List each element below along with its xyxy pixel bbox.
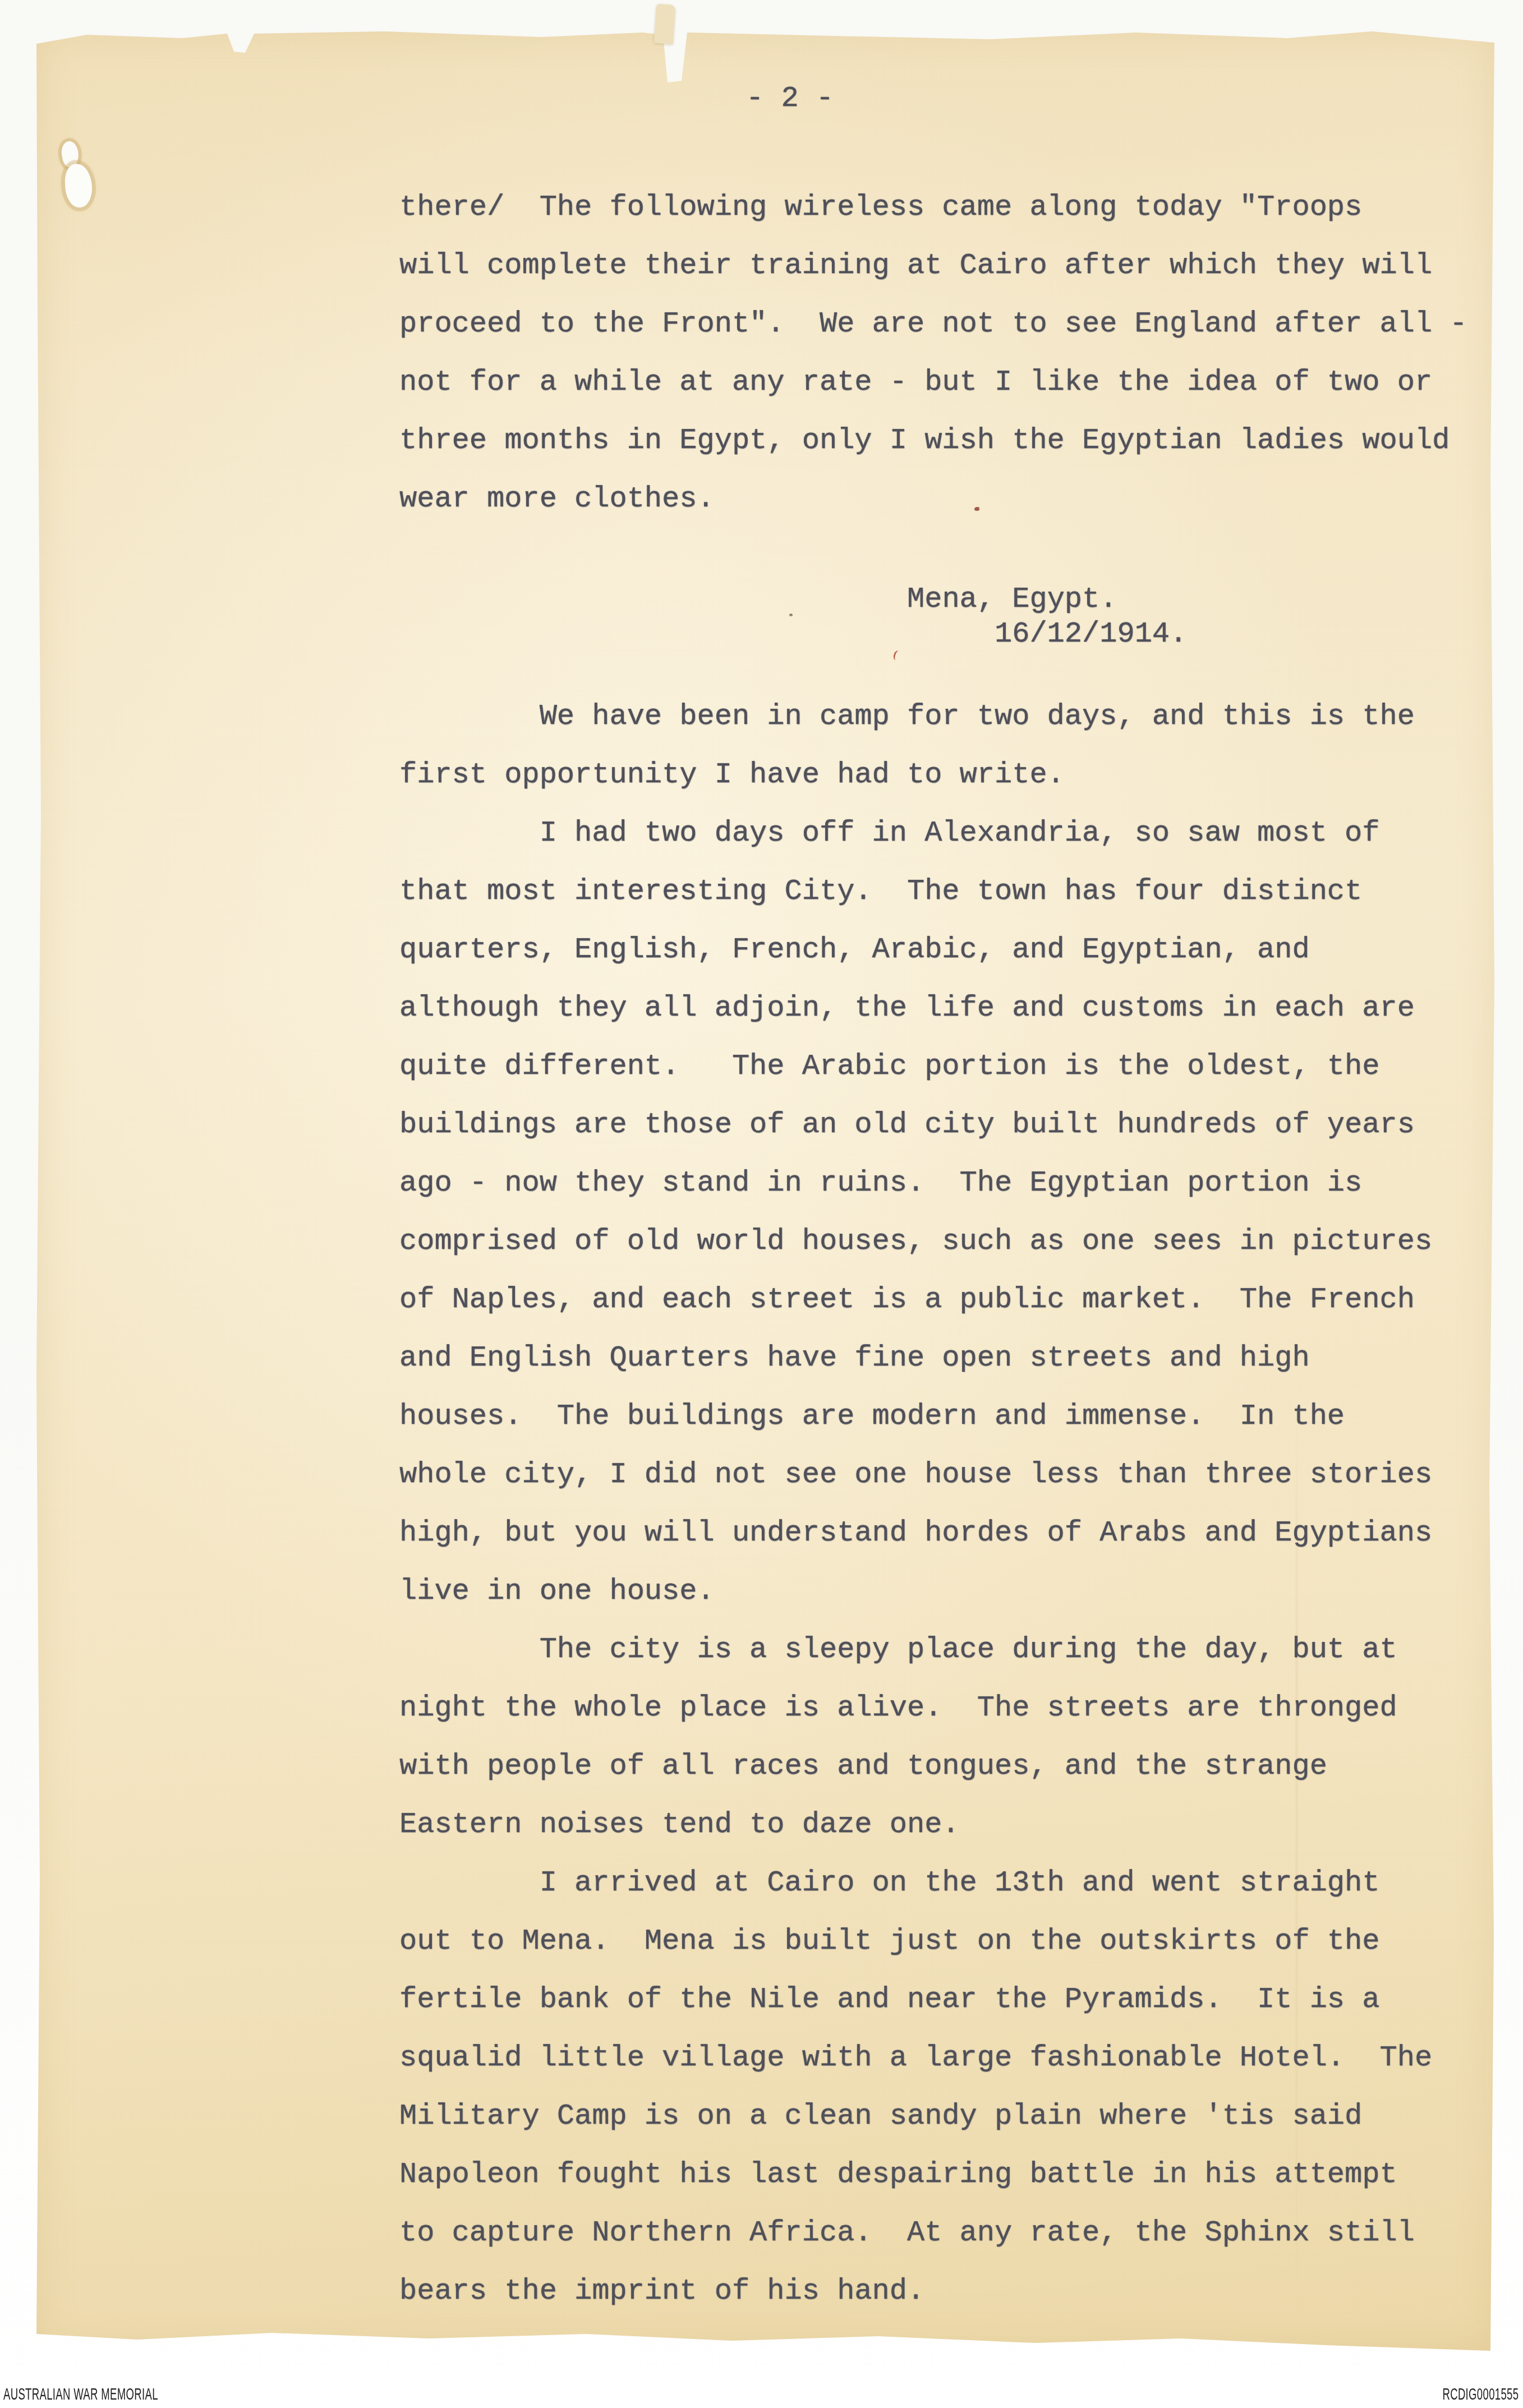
dateline: Mena, Egypt. 16/12/1914. xyxy=(399,582,1482,652)
letter-line: quarters, English, French, Arabic, and E… xyxy=(399,921,1482,979)
letter-line: first opportunity I have had to write. xyxy=(399,746,1482,804)
letter-line: bears the imprint of his hand. xyxy=(399,2262,1482,2321)
paper-hole xyxy=(59,140,81,168)
letter-line: not for a while at any rate - but I like… xyxy=(399,353,1482,412)
letter-line: I arrived at Cairo on the 13th and went … xyxy=(399,1854,1482,1912)
scan-footer: AUSTRALIAN WAR MEMORIAL RCDIG0001555 xyxy=(0,2382,1523,2408)
letter-line: night the whole place is alive. The stre… xyxy=(399,1679,1482,1737)
letter-line: We have been in camp for two days, and t… xyxy=(399,688,1482,746)
letter-line: houses. The buildings are modern and imm… xyxy=(399,1387,1482,1446)
dateline-date: 16/12/1914. xyxy=(995,617,1482,652)
letter-line: fertile bank of the Nile and near the Py… xyxy=(399,1971,1482,2029)
torn-paper-fragment xyxy=(654,4,676,44)
letter-line: Napoleon fought his last despairing batt… xyxy=(399,2146,1482,2204)
letter-line: high, but you will understand hordes of … xyxy=(399,1504,1482,1562)
letter-body: We have been in camp for two days, and t… xyxy=(399,688,1482,2321)
letter-line: wear more clothes. xyxy=(399,470,1482,528)
letter-line: proceed to the Front". We are not to see… xyxy=(399,295,1482,353)
letter-line: whole city, I did not see one house less… xyxy=(399,1446,1482,1504)
letter-line: will complete their training at Cairo af… xyxy=(399,237,1482,295)
letter-line: comprised of old world houses, such as o… xyxy=(399,1212,1482,1271)
letter-line: although they all adjoin, the life and c… xyxy=(399,979,1482,1037)
letter-line: three months in Egypt, only I wish the E… xyxy=(399,412,1482,470)
letter-line: that most interesting City. The town has… xyxy=(399,862,1482,921)
letter-line: and English Quarters have fine open stre… xyxy=(399,1329,1482,1387)
letter-line: Eastern noises tend to daze one. xyxy=(399,1796,1482,1854)
dateline-place: Mena, Egypt. xyxy=(907,582,1482,617)
letter-line: live in one house. xyxy=(399,1562,1482,1621)
page-number: - 2 - xyxy=(746,82,834,116)
footer-archive-name: AUSTRALIAN WAR MEMORIAL xyxy=(3,2386,158,2404)
letter-line: ago - now they stand in ruins. The Egypt… xyxy=(399,1154,1482,1212)
letter-line: out to Mena. Mena is built just on the o… xyxy=(399,1912,1482,1971)
letter-line: there/ The following wireless came along… xyxy=(399,178,1482,237)
letter-line: quite different. The Arabic portion is t… xyxy=(399,1037,1482,1096)
opening-paragraph: there/ The following wireless came along… xyxy=(399,178,1482,528)
letter-line: squalid little village with a large fash… xyxy=(399,2029,1482,2087)
letter-line: Military Camp is on a clean sandy plain … xyxy=(399,2087,1482,2146)
letter-line: to capture Northern Africa. At any rate,… xyxy=(399,2204,1482,2262)
footer-reference-id: RCDIG0001555 xyxy=(1442,2386,1519,2404)
letter-line: of Naples, and each street is a public m… xyxy=(399,1271,1482,1329)
letter-line: buildings are those of an old city built… xyxy=(399,1096,1482,1154)
scanned-letter-page: - 2 - there/ The following wireless came… xyxy=(0,0,1523,2408)
letter-text: there/ The following wireless came along… xyxy=(399,178,1482,2321)
letter-line: I had two days off in Alexandria, so saw… xyxy=(399,804,1482,862)
letter-line: with people of all races and tongues, an… xyxy=(399,1737,1482,1796)
letter-line: The city is a sleepy place during the da… xyxy=(399,1621,1482,1679)
